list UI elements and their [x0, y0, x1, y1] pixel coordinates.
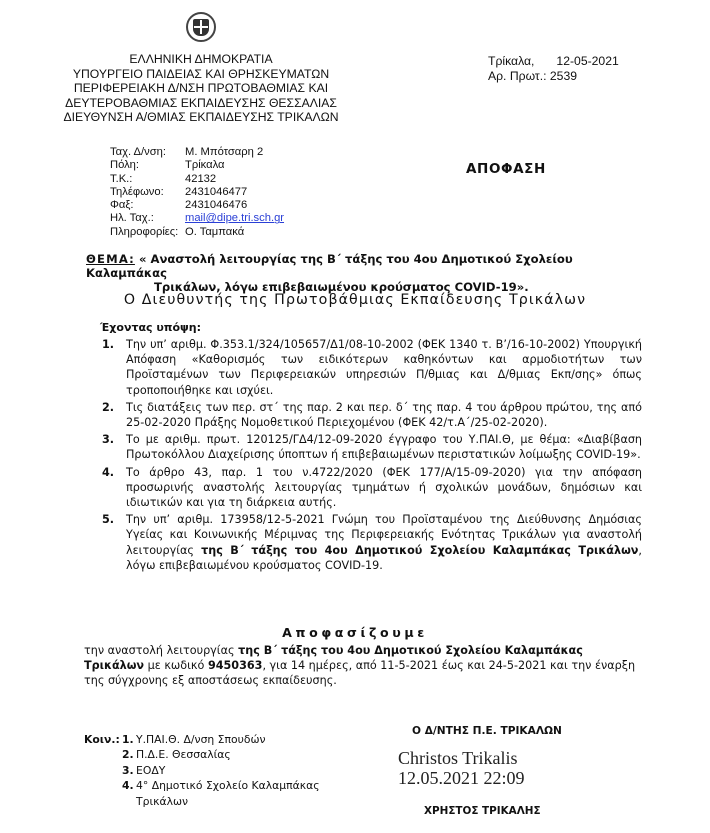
- item-text: Την υπ’ αριθμ. 173958/12-5-2021 Γνώμη το…: [126, 512, 642, 573]
- contact-label: Φαξ:: [110, 199, 185, 212]
- contact-label: Ηλ. Ταχ.:: [110, 212, 185, 225]
- subject-label: ΘΕΜΑ:: [86, 252, 135, 266]
- decision-text: με κωδικό: [144, 659, 208, 672]
- cc-number: 3.: [122, 763, 136, 778]
- list-item: 3.Το με αριθμ. πρωτ. 120125/ΓΔ4/12-09-20…: [92, 432, 642, 462]
- contact-fax: 2431046476: [185, 199, 247, 212]
- cc-recipient: Υ.ΠΑΙ.Θ. Δ/νση Σπουδών: [136, 732, 266, 747]
- cc-number: 1.: [122, 732, 136, 747]
- item-number: 2.: [92, 400, 126, 430]
- item-text-bold: της Β΄ τάξης του 4ου Δημοτικού Σχολείου …: [201, 544, 638, 557]
- cc-number: 4.: [122, 778, 136, 793]
- item-text: Το με αριθμ. πρωτ. 120125/ΓΔ4/12-09-2020…: [126, 432, 642, 462]
- list-item: 1.Την υπ’ αριθμ. Φ.353.1/324/105657/Δ1/0…: [92, 337, 642, 398]
- decision-text: την αναστολή λειτουργίας: [84, 644, 238, 657]
- school-code: 9450363: [208, 659, 263, 672]
- contact-label: Πόλη:: [110, 159, 185, 172]
- cc-label: Κοιν.:: [84, 732, 122, 747]
- item-text: Την υπ’ αριθμ. Φ.353.1/324/105657/Δ1/08-…: [126, 337, 642, 398]
- item-number: 1.: [92, 337, 126, 398]
- director-heading: Ο Διευθυντής της Πρωτοβάθμιας Εκπαίδευση…: [0, 292, 710, 308]
- list-item: 2.Τις διατάξεις των περ. στ΄ της παρ. 2 …: [92, 400, 642, 430]
- digital-signature-timestamp: 12.05.2021 22:09: [398, 768, 525, 788]
- issuing-authority: ΕΛΛΗΝΙΚΗ ΔΗΜΟΚΡΑΤΙΑ ΥΠΟΥΡΓΕΙΟ ΠΑΙΔΕΙΑΣ Κ…: [60, 52, 342, 125]
- item-number: 3.: [92, 432, 126, 462]
- contact-phone: 2431046477: [185, 186, 247, 199]
- decision-title: ΑΠΟΦΑΣΗ: [466, 161, 546, 177]
- decision-body: την αναστολή λειτουργίας της Β΄ τάξης το…: [84, 643, 644, 689]
- authority-line: ΔΕΥΤΕΡΟΒΑΘΜΙΑΣ ΕΚΠΑΙΔΕΥΣΗΣ ΘΕΣΣΑΛΙΑΣ: [60, 96, 342, 111]
- authority-line: ΥΠΟΥΡΓΕΙΟ ΠΑΙΔΕΙΑΣ ΚΑΙ ΘΡΗΣΚΕΥΜΑΤΩΝ: [60, 67, 342, 82]
- protocol-number: 2539: [550, 69, 577, 83]
- contact-label: Πληροφορίες:: [110, 226, 185, 239]
- list-item: 5.Την υπ’ αριθμ. 173958/12-5-2021 Γνώμη …: [92, 512, 642, 573]
- cc-recipient: Π.Δ.Ε. Θεσσαλίας: [136, 747, 231, 762]
- cc-list: Κοιν.:1.Υ.ΠΑΙ.Θ. Δ/νση Σπουδών 2.Π.Δ.Ε. …: [84, 732, 320, 809]
- protocol-label: Αρ. Πρωτ.:: [488, 69, 547, 83]
- digital-signature: Christos Trikalis 12.05.2021 22:09: [398, 748, 525, 788]
- decide-heading: Αποφασίζουμε: [0, 625, 710, 640]
- item-text: Το άρθρο 43, παρ. 1 του ν.4722/2020 (ΦΕΚ…: [126, 465, 642, 511]
- contact-postcode: 42132: [185, 173, 216, 186]
- document-date: 12-05-2021: [556, 54, 618, 68]
- contact-label: Ταχ. Δ/νση:: [110, 146, 185, 159]
- greek-coat-of-arms-icon: [186, 12, 216, 42]
- signer-title: Ο Δ/ΝΤΗΣ Π.Ε. ΤΡΙΚΑΛΩΝ: [412, 725, 562, 737]
- item-text: Τις διατάξεις των περ. στ΄ της παρ. 2 κα…: [126, 400, 642, 430]
- considering-label: Έχοντας υπόψη:: [100, 321, 201, 334]
- subject-line: « Αναστολή λειτουργίας της Β΄ τάξης του …: [86, 252, 573, 280]
- cc-number: 2.: [122, 747, 136, 762]
- item-number: 5.: [92, 512, 126, 573]
- cc-recipient: ΕΟΔΥ: [136, 763, 165, 778]
- authority-line: ΕΛΛΗΝΙΚΗ ΔΗΜΟΚΡΑΤΙΑ: [60, 52, 342, 67]
- cc-recipient-continued: Τρικάλων: [84, 794, 320, 809]
- signer-name: ΧΡΗΣΤΟΣ ΤΡΙΚΑΛΗΣ: [424, 805, 541, 817]
- contact-label: Τ.Κ.:: [110, 173, 185, 186]
- list-item: 4.Το άρθρο 43, παρ. 1 του ν.4722/2020 (Φ…: [92, 465, 642, 511]
- place-date-block: Τρίκαλα,12-05-2021 Αρ. Πρωτ.: 2539: [488, 54, 619, 83]
- place: Τρίκαλα,: [488, 54, 534, 68]
- item-number: 4.: [92, 465, 126, 511]
- contact-email-link[interactable]: mail@dipe.tri.sch.gr: [185, 212, 284, 225]
- cc-recipient: 4° Δημοτικό Σχολείο Καλαμπάκας: [136, 778, 320, 793]
- authority-line: ΠΕΡΙΦΕΡΕΙΑΚΗ Δ/ΝΣΗ ΠΡΩΤΟΒΑΘΜΙΑΣ ΚΑΙ: [60, 81, 342, 96]
- considerations-list: 1.Την υπ’ αριθμ. Φ.353.1/324/105657/Δ1/0…: [92, 337, 642, 575]
- contact-info-person: Ο. Ταμπακά: [185, 226, 244, 239]
- contact-info: Ταχ. Δ/νση:Μ. Μπότσαρη 2 Πόλη:Τρίκαλα Τ.…: [110, 146, 284, 239]
- contact-city: Τρίκαλα: [185, 159, 225, 172]
- subject: ΘΕΜΑ: « Αναστολή λειτουργίας της Β΄ τάξη…: [86, 252, 646, 295]
- authority-line: ΔΙΕΥΘΥΝΣΗ Α/ΘΜΙΑΣ ΕΚΠΑΙΔΕΥΣΗΣ ΤΡΙΚΑΛΩΝ: [60, 110, 342, 125]
- contact-label: Τηλέφωνο:: [110, 186, 185, 199]
- digital-signature-name: Christos Trikalis: [398, 748, 525, 768]
- contact-address: Μ. Μπότσαρη 2: [185, 146, 263, 159]
